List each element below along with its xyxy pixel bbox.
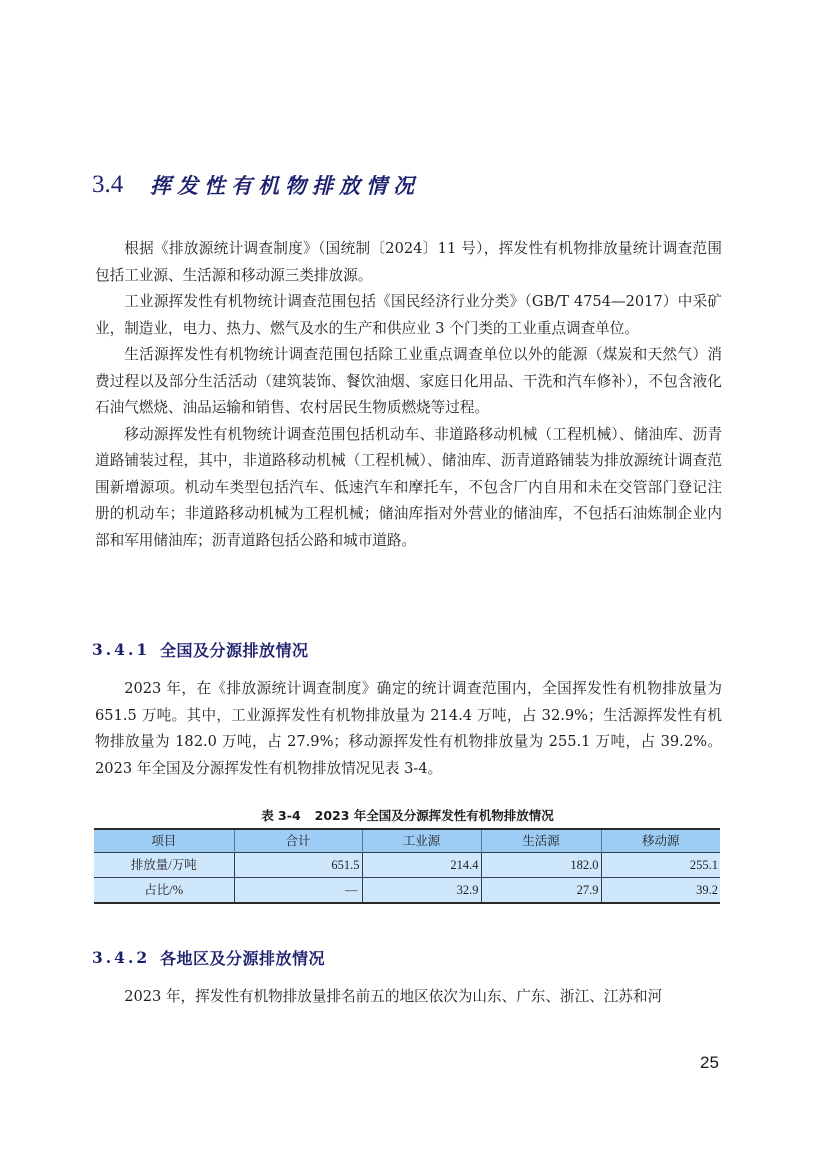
table-cell: 39.2: [601, 878, 720, 904]
subsection-number: 3.4.2: [92, 948, 160, 967]
table-header: 生活源: [481, 829, 601, 853]
table-cell: 27.9: [481, 878, 601, 904]
paragraph: 根据《排放源统计调查制度》（国统制〔2024〕11 号），挥发性有机物排放量统计…: [95, 236, 722, 289]
emissions-table: 项目 合计 工业源 生活源 移动源 排放量/万吨 651.5 214.4 182…: [94, 828, 720, 904]
paragraph: 2023 年，在《排放源统计调查制度》确定的统计调查范围内，全国挥发性有机物排放…: [95, 676, 722, 782]
subsection-2-text: 2023 年，挥发性有机物排放量排名前五的地区依次为山东、广东、浙江、江苏和河: [95, 984, 722, 1011]
subsection-heading-1: 3.4.1 全国及分源排放情况: [92, 636, 309, 662]
table-caption-title: 2023 年全国及分源挥发性有机物排放情况: [315, 808, 554, 823]
section-heading: 3.4 挥发性有机物排放情况: [92, 168, 420, 202]
subsection-title: 各地区及分源排放情况: [160, 946, 325, 969]
paragraph: 移动源挥发性有机物统计调查范围包括机动车、非道路移动机械（工程机械）、储油库、沥…: [95, 422, 722, 555]
table-cell: 182.0: [481, 853, 601, 878]
subsection-number: 3.4.1: [92, 640, 160, 659]
paragraph: 2023 年，挥发性有机物排放量排名前五的地区依次为山东、广东、浙江、江苏和河: [95, 984, 722, 1011]
subsection-title: 全国及分源排放情况: [160, 638, 309, 661]
table-cell: 占比/%: [94, 878, 234, 904]
section-title: 挥发性有机物排放情况: [150, 170, 420, 200]
document-page: 3.4 挥发性有机物排放情况 根据《排放源统计调查制度》（国统制〔2024〕11…: [0, 0, 814, 1152]
section-number: 3.4: [92, 171, 150, 199]
intro-text: 根据《排放源统计调查制度》（国统制〔2024〕11 号），挥发性有机物排放量统计…: [95, 236, 722, 554]
table-cell: 651.5: [234, 853, 362, 878]
paragraph: 工业源挥发性有机物统计调查范围包括《国民经济行业分类》（GB/T 4754—20…: [95, 289, 722, 342]
table-header: 工业源: [362, 829, 481, 853]
table-cell: 排放量/万吨: [94, 853, 234, 878]
table-header-row: 项目 合计 工业源 生活源 移动源: [94, 829, 720, 853]
table-caption-label: 表 3-4: [261, 808, 300, 823]
subsection-heading-2: 3.4.2 各地区及分源排放情况: [92, 944, 325, 970]
table-header: 合计: [234, 829, 362, 853]
subsection-1-text: 2023 年，在《排放源统计调查制度》确定的统计调查范围内，全国挥发性有机物排放…: [95, 676, 722, 782]
table-row: 占比/% — 32.9 27.9 39.2: [94, 878, 720, 904]
table-cell: 214.4: [362, 853, 481, 878]
paragraph: 生活源挥发性有机物统计调查范围包括除工业重点调查单位以外的能源（煤炭和天然气）消…: [95, 342, 722, 422]
table-header: 项目: [94, 829, 234, 853]
table-caption: 表 3-42023 年全国及分源挥发性有机物排放情况: [94, 806, 721, 824]
table-row: 排放量/万吨 651.5 214.4 182.0 255.1: [94, 853, 720, 878]
table-cell: —: [234, 878, 362, 904]
table-cell: 255.1: [601, 853, 720, 878]
table-header: 移动源: [601, 829, 720, 853]
table-cell: 32.9: [362, 878, 481, 904]
page-number: 25: [700, 1053, 719, 1073]
